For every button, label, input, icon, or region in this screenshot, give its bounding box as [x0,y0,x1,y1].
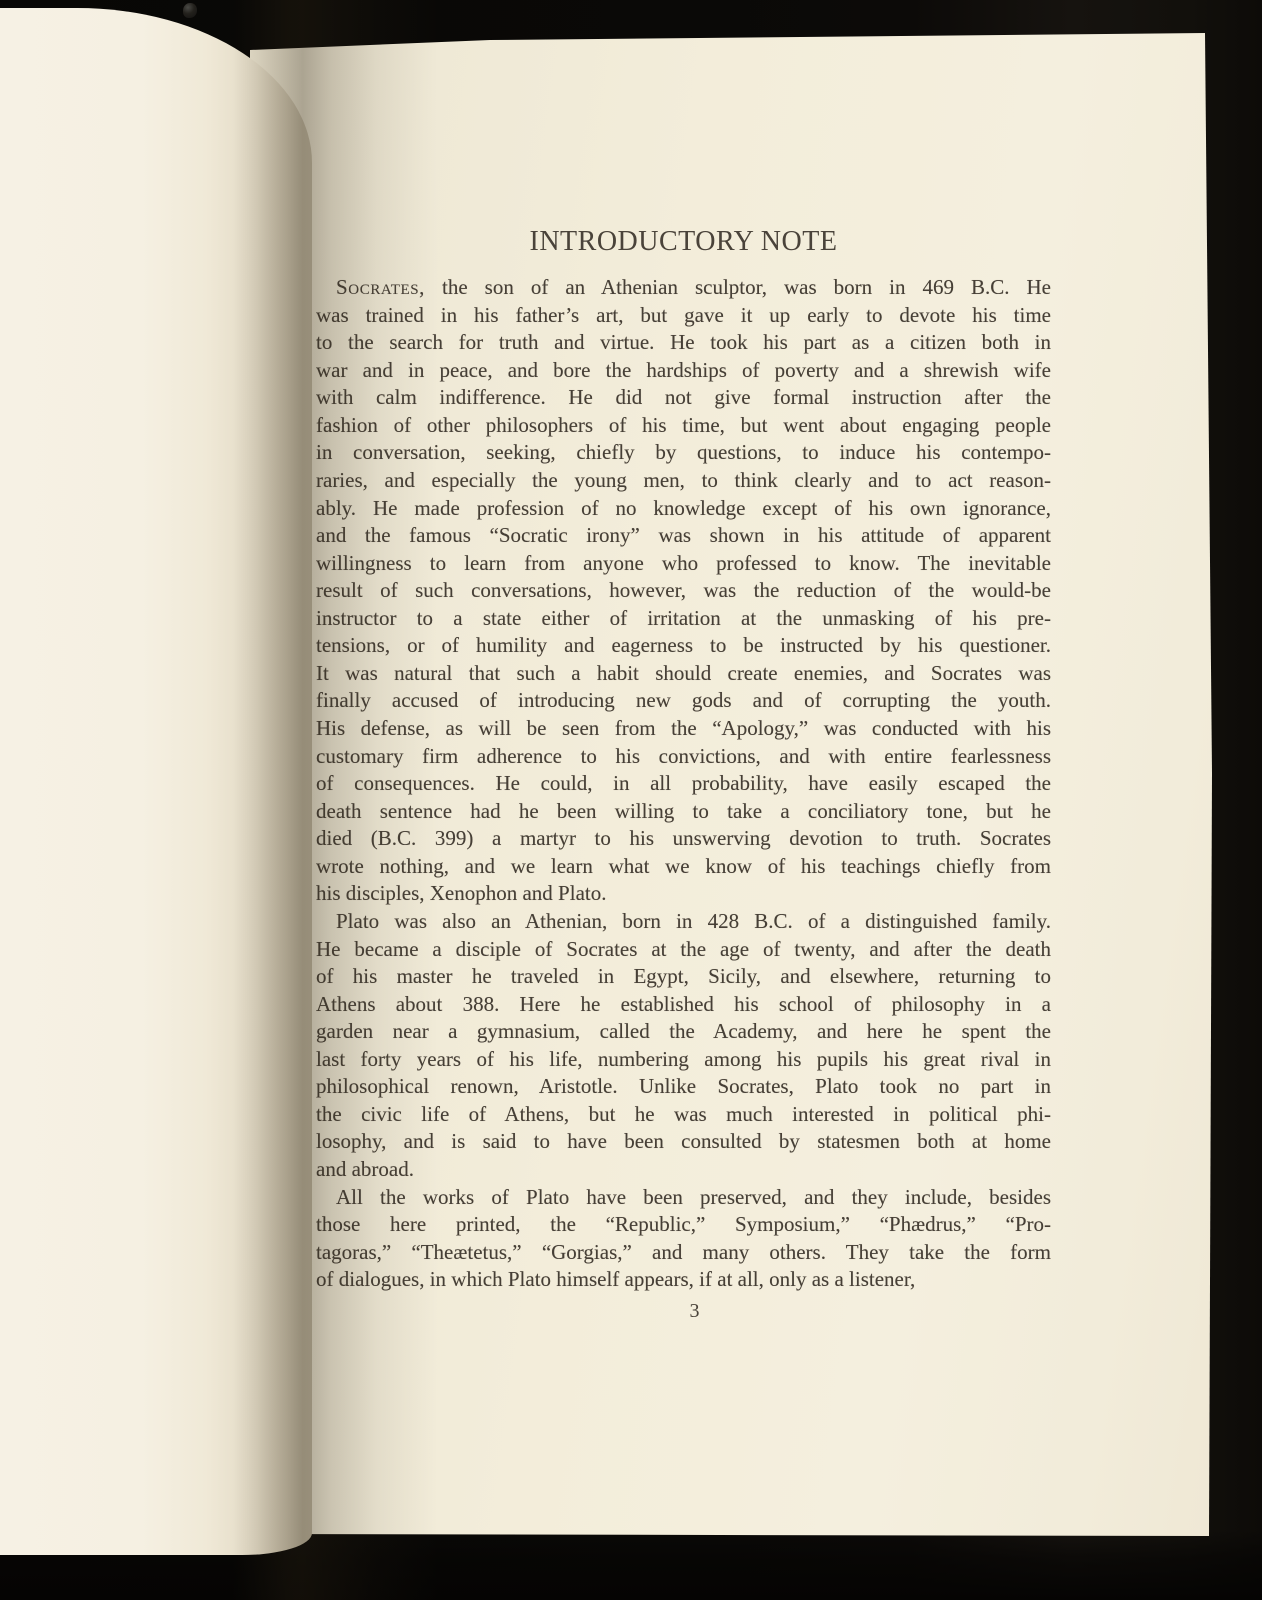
text-line: He became a disciple of Socrates at the … [316,936,1051,964]
text-line: losophy, and is said to have been consul… [316,1128,1051,1156]
small-caps-lead-word: Socrates, [336,275,425,299]
text-line: garden near a gymnasium, called the Acad… [316,1018,1051,1046]
right-page: INTRODUCTORY NOTE Socrates, the son of a… [250,33,1212,1537]
text-line: and the famous “Socratic irony” was show… [316,522,1051,550]
text-line: It was natural that such a habit should … [316,660,1051,688]
text-line: war and in peace, and bore the hardships… [316,357,1051,385]
text-line: tagoras,” “Theætetus,” “Gorgias,” and ma… [316,1239,1051,1267]
text-line: his disciples, Xenophon and Plato. [316,880,1051,908]
text-line: of his master he traveled in Egypt, Sici… [316,963,1051,991]
text-line: died (B.C. 399) a martyr to his unswervi… [316,825,1051,853]
text-line: tensions, or of humility and eagerness t… [316,632,1051,660]
text-line: finally accused of introducing new gods … [316,687,1051,715]
text-line: the civic life of Athens, but he was muc… [316,1101,1051,1129]
text-line: of consequences. He could, in all probab… [316,770,1051,798]
page-title: INTRODUCTORY NOTE [316,228,1051,256]
text-line: All the works of Plato have been preserv… [316,1184,1051,1212]
text-line: willingness to learn from anyone who pro… [316,550,1051,578]
text-line: Athens about 388. Here he established hi… [316,991,1051,1019]
text-line: with calm indifference. He did not give … [316,384,1051,412]
book-photo: INTRODUCTORY NOTE Socrates, the son of a… [0,0,1262,1600]
text-line: fashion of other philosophers of his tim… [316,412,1051,440]
left-page [0,8,312,1555]
text-line: last forty years of his life, numbering … [316,1046,1051,1074]
text-line: of dialogues, in which Plato himself app… [316,1266,1051,1294]
text-line: ably. He made profession of no knowledge… [316,495,1051,523]
text-line: instructor to a state either of irritati… [316,605,1051,633]
text-line: His defense, as will be seen from the “A… [316,715,1051,743]
page-edge-speck [183,3,197,18]
text-line: was trained in his father’s art, but gav… [316,302,1051,330]
text-line: those here printed, the “Republic,” Symp… [316,1211,1051,1239]
text-line: result of such conversations, however, w… [316,577,1051,605]
text-line: death sentence had he been willing to ta… [316,798,1051,826]
text-line: wrote nothing, and we learn what we know… [316,853,1051,881]
text-line: in conversation, seeking, chiefly by que… [316,439,1051,467]
text-line: philosophical renown, Aristotle. Unlike … [316,1073,1051,1101]
text-line: customary firm adherence to his convicti… [316,743,1051,771]
text-line: to the search for truth and virtue. He t… [316,329,1051,357]
text-line: Socrates, the son of an Athenian sculpto… [316,274,1051,302]
text-line: Plato was also an Athenian, born in 428 … [316,908,1051,936]
body-text: Socrates, the son of an Athenian sculpto… [316,274,1051,1294]
text-line: and abroad. [316,1156,1051,1184]
text-line: raries, and especially the young men, to… [316,467,1051,495]
page-number: 3 [316,1297,1051,1325]
